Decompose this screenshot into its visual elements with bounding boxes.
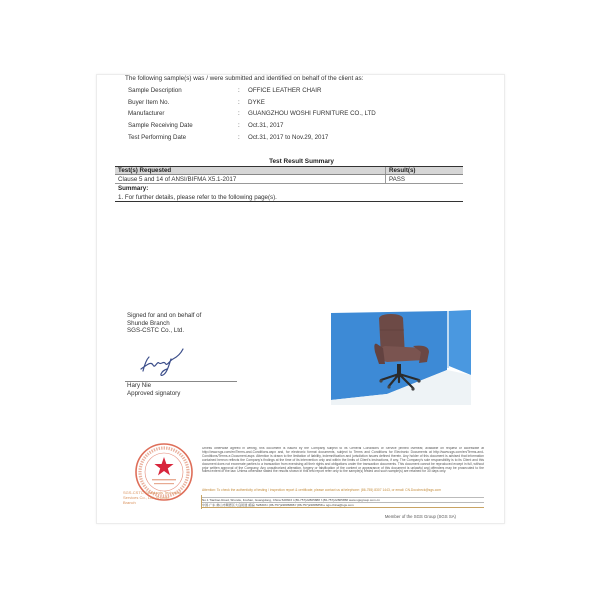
stamp-caption: SGS-CSTC Standards Technical Services Co…	[123, 490, 183, 505]
info-value: Oct.31, 2017 to Nov.29, 2017	[248, 134, 328, 141]
header-tests: Test(s) Requested	[115, 167, 385, 174]
colon: :	[238, 99, 248, 106]
signatory-title: Approved signatory	[127, 390, 180, 398]
info-row-receiving-date: Sample Receiving Date : Oct.31, 2017	[128, 120, 376, 132]
table-header: Test(s) Requested Result(s)	[115, 166, 463, 175]
sample-info: Sample Description : OFFICE LEATHER CHAI…	[128, 85, 376, 143]
info-row-buyer-item: Buyer Item No. : DYKE	[128, 97, 376, 109]
info-label: Sample Description	[128, 87, 238, 94]
intro-text: The following sample(s) was / were submi…	[125, 75, 363, 82]
summary-note: 1. For further details, please refer to …	[115, 193, 463, 202]
sample-photo	[329, 308, 471, 405]
header-results: Result(s)	[385, 167, 463, 174]
info-value: DYKE	[248, 99, 265, 106]
info-row-manufacturer: Manufacturer : GUANGZHOU WOSHI FURNITURE…	[128, 108, 376, 120]
test-requested: Clause 5 and 14 of ANSI/BIFMA X5.1-2017	[115, 176, 385, 183]
info-label: Manufacturer	[128, 110, 238, 117]
signed-line: SGS-CSTC Co., Ltd.	[127, 327, 201, 335]
signature-icon	[137, 347, 187, 377]
info-label: Sample Receiving Date	[128, 122, 238, 129]
table-row: Clause 5 and 14 of ANSI/BIFMA X5.1-2017 …	[115, 175, 463, 184]
colon: :	[238, 134, 248, 141]
info-row-performing-date: Test Performing Date : Oct.31, 2017 to N…	[128, 131, 376, 143]
info-row-sample-description: Sample Description : OFFICE LEATHER CHAI…	[128, 85, 376, 97]
info-value: GUANGZHOU WOSHI FURNITURE CO., LTD	[248, 110, 376, 117]
colon: :	[238, 87, 248, 94]
info-label: Test Performing Date	[128, 134, 238, 141]
colon: :	[238, 122, 248, 129]
signatory-name: Hary Nie	[127, 382, 180, 390]
summary-label: Summary:	[115, 184, 463, 193]
result-table: Test(s) Requested Result(s) Clause 5 and…	[115, 166, 463, 202]
info-value: OFFICE LEATHER CHAIR	[248, 87, 321, 94]
summary-title: Test Result Summary	[97, 158, 506, 165]
signatory-block: Hary Nie Approved signatory	[127, 382, 180, 397]
info-label: Buyer Item No.	[128, 99, 238, 106]
signed-line: Shunde Branch	[127, 320, 201, 328]
signed-line: Signed for and on behalf of	[127, 312, 201, 320]
info-value: Oct.31, 2017	[248, 122, 283, 129]
signed-block: Signed for and on behalf of Shunde Branc…	[127, 312, 201, 335]
colon: :	[238, 110, 248, 117]
terms-fine-print: Unless otherwise agreed in writing, this…	[202, 447, 484, 490]
test-report-page: The following sample(s) was / were submi…	[96, 74, 505, 524]
address-chinese: 中国·广东·佛山市顺德区大良街道 邮编: 528303 t (86-757)22…	[202, 502, 484, 508]
test-result: PASS	[385, 175, 463, 183]
sgs-member-footer: Member of the SGS Group (SGS SA)	[385, 514, 456, 519]
chair-photo-icon	[329, 308, 471, 405]
authenticity-notice[interactable]: Attention: To check the authenticity of …	[202, 489, 484, 493]
